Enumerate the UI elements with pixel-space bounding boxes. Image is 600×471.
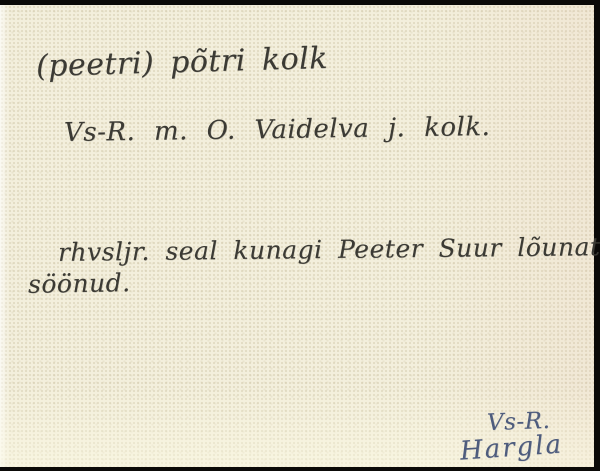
- scanned-card-image: (peetri) põtri kolk Vs-R. m. O. Vaidelva…: [0, 0, 600, 471]
- card-left-edge-highlight: [0, 5, 9, 467]
- card-reference-handwriting: Vs-R. m. O. Vaidelva j. kolk.: [64, 112, 491, 148]
- card-corner-parish-name: Hargla: [459, 429, 564, 466]
- card-note-line1-handwriting: rhvsljr. seal kunagi Peeter Suur lõunat: [58, 232, 600, 267]
- card-note-line2-handwriting: söönud.: [28, 268, 131, 299]
- index-card: (peetri) põtri kolk Vs-R. m. O. Vaidelva…: [0, 5, 594, 467]
- card-title-handwriting: (peetri) põtri kolk: [36, 41, 329, 84]
